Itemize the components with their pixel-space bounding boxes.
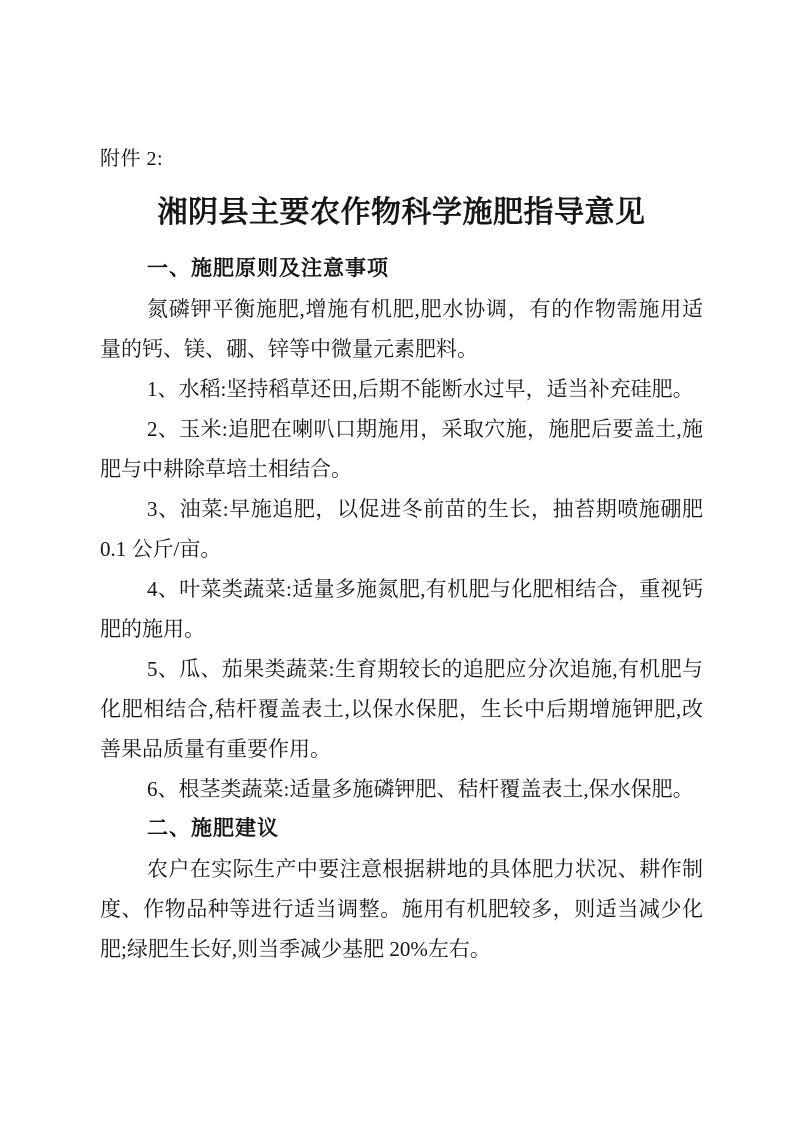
paragraph-fertilization-principles: 氮磷钾平衡施肥,增施有机肥,肥水协调，有的作物需施用适量的钙、镁、硼、锌等中微量… [100, 289, 703, 369]
section-2-heading: 二、施肥建议 [100, 809, 703, 849]
paragraph-corn: 2、玉米:追肥在喇叭口期施用，采取穴施，施肥后要盖土,施肥与中耕除草培土相结合。 [100, 409, 703, 489]
document-page: 附件 2: 湘阴县主要农作物科学施肥指导意见 一、施肥原则及注意事项 氮磷钾平衡… [0, 0, 793, 1122]
document-title: 湘阴县主要农作物科学施肥指导意见 [100, 190, 703, 236]
attachment-label: 附件 2: [100, 146, 703, 172]
paragraph-rice: 1、水稻:坚持稻草还田,后期不能断水过早，适当补充硅肥。 [100, 369, 703, 409]
paragraph-adjustment-advice: 农户在实际生产中要注意根据耕地的具体肥力状况、耕作制度、作物品种等进行适当调整。… [100, 849, 703, 969]
paragraph-root-vegetables: 6、根茎类蔬菜:适量多施磷钾肥、秸杆覆盖表土,保水保肥。 [100, 769, 703, 809]
section-1-heading: 一、施肥原则及注意事项 [100, 249, 703, 289]
paragraph-rapeseed: 3、油菜:早施追肥，以促进冬前苗的生长，抽苔期喷施硼肥0.1 公斤/亩。 [100, 489, 703, 569]
paragraph-melon-fruit-vegetables: 5、瓜、茄果类蔬菜:生育期较长的追肥应分次追施,有机肥与化肥相结合,秸杆覆盖表土… [100, 649, 703, 769]
paragraph-leafy-vegetables: 4、叶菜类蔬菜:适量多施氮肥,有机肥与化肥相结合，重视钙肥的施用。 [100, 569, 703, 649]
document-body: 一、施肥原则及注意事项 氮磷钾平衡施肥,增施有机肥,肥水协调，有的作物需施用适量… [100, 249, 703, 969]
